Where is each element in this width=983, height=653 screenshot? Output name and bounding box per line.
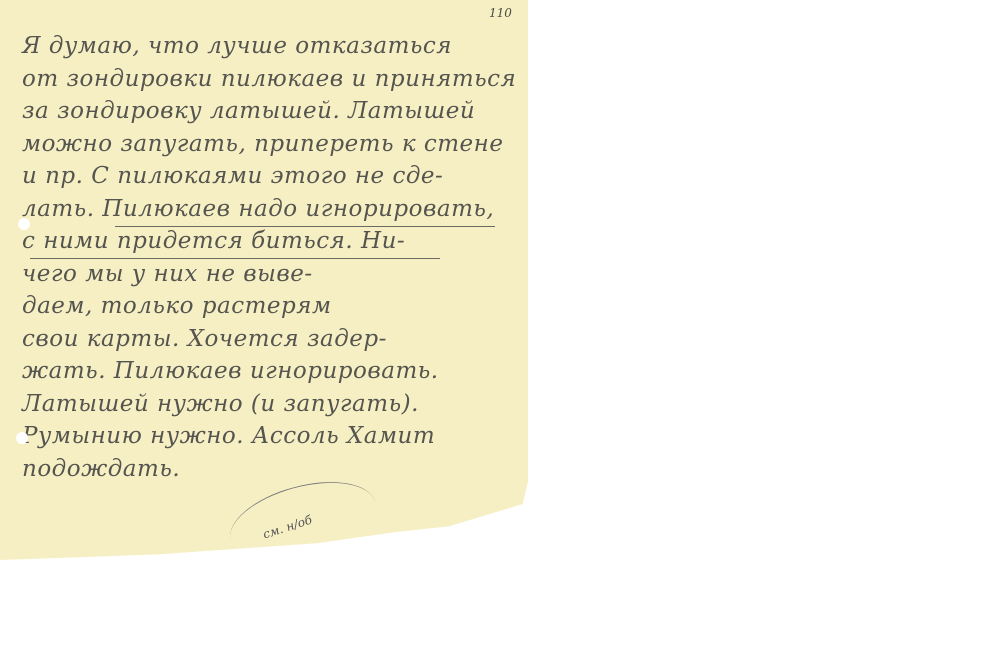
underline-stroke (30, 258, 440, 259)
text-line: и пр. С пилюкаями этого не сде- (22, 160, 522, 193)
punch-hole (18, 218, 30, 230)
text-line: с ними придется биться. Ни- (22, 225, 522, 258)
text-line: Румынию нужно. Ассоль Хамит (22, 420, 522, 453)
text-line: за зондировку латышей. Латышей (22, 95, 522, 128)
manuscript-page: 110 Я думаю, что лучше отказаться от зон… (0, 0, 528, 560)
text-line: подождать. (22, 453, 522, 486)
text-line: жать. Пилюкаев игнорировать. (22, 355, 522, 388)
underline-stroke (115, 226, 495, 227)
punch-hole (16, 432, 28, 444)
text-line: Я думаю, что лучше отказаться (22, 30, 522, 63)
text-line: Латышей нужно (и запугать). (22, 388, 522, 421)
text-line: даем, только растерям (22, 290, 522, 323)
page-number: 110 (489, 6, 512, 20)
text-line: свои карты. Хочется задер- (22, 323, 522, 356)
text-line: от зондировки пилюкаев и приняться (22, 63, 522, 96)
text-line: лать. Пилюкаев надо игнорировать, (22, 193, 522, 226)
text-line: можно запугать, припереть к стене (22, 128, 522, 161)
text-line: чего мы у них не выве- (22, 258, 522, 291)
